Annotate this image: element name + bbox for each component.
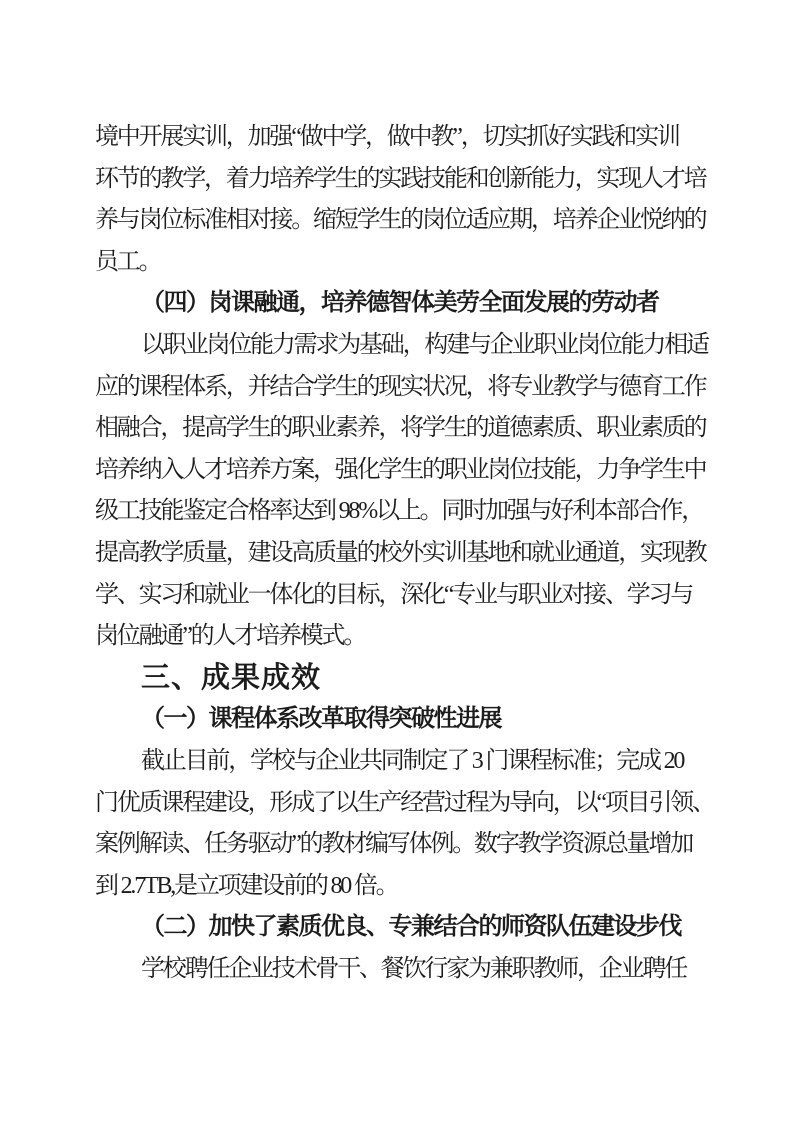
heading-chapter-3-results: 三、成果成效 xyxy=(95,658,701,700)
document-content: 境中开展实训，加强“做中学，做中教”，切实抓好实践和实训环节的教学，着力培养学生… xyxy=(95,117,701,990)
text-line: 以职业岗位能力需求为基础，构建与企业职业岗位能力相适 xyxy=(95,325,701,367)
text-line: 提高教学质量，建设高质量的校外实训基地和就业通道，实现教 xyxy=(95,533,701,575)
text-line: 养与岗位标准相对接。缩短学生的岗位适应期，培养企业悦纳的 xyxy=(95,200,701,242)
text-line: （四）岗课融通，培养德智体美劳全面发展的劳动者 xyxy=(95,283,701,325)
text-line: 员工。 xyxy=(95,242,701,284)
text-line: 境中开展实训，加强“做中学，做中教”，切实抓好实践和实训 xyxy=(95,117,701,159)
text-line: 应的课程体系，并结合学生的现实状况，将专业教学与德育工作 xyxy=(95,367,701,409)
text-line: 级工技能鉴定合格率达到 98%以上。同时加强与好利本部合作， xyxy=(95,491,701,533)
text-line: （一）课程体系改革取得突破性进展 xyxy=(95,699,701,741)
text-line: 三、成果成效 xyxy=(95,658,701,700)
paragraph-course-reform-results: 截止目前，学校与企业共同制定了 3 门课程标准；完成 20门优质课程建设，形成了… xyxy=(95,741,701,907)
text-line: 岗位融通”的人才培养模式。 xyxy=(95,616,701,658)
text-line: 培养纳入人才培养方案，强化学生的职业岗位技能，力争学生中 xyxy=(95,450,701,492)
paragraph-practice-training-continued: 境中开展实训，加强“做中学，做中教”，切实抓好实践和实训环节的教学，着力培养学生… xyxy=(95,117,701,283)
heading-section-4: （四）岗课融通，培养德智体美劳全面发展的劳动者 xyxy=(95,283,701,325)
text-line: 学校聘任企业技术骨干、餐饮行家为兼职教师，企业聘任 xyxy=(95,949,701,991)
text-line: 相融合，提高学生的职业素养，将学生的道德素质、职业素质的 xyxy=(95,408,701,450)
heading-section-1: （一）课程体系改革取得突破性进展 xyxy=(95,699,701,741)
text-line: 环节的教学，着力培养学生的实践技能和创新能力，实现人才培 xyxy=(95,159,701,201)
paragraph-teacher-team-building: 学校聘任企业技术骨干、餐饮行家为兼职教师，企业聘任 xyxy=(95,949,701,991)
text-line: 截止目前，学校与企业共同制定了 3 门课程标准；完成 20 xyxy=(95,741,701,783)
text-line: 学、实习和就业一体化的目标，深化“专业与职业对接、学习与 xyxy=(95,575,701,617)
heading-section-2: （二）加快了素质优良、专兼结合的师资队伍建设步伐 xyxy=(95,907,701,949)
text-line: 门优质课程建设，形成了以生产经营过程为导向，以“项目引领、 xyxy=(95,783,701,825)
document-page: 境中开展实训，加强“做中学，做中教”，切实抓好实践和实训环节的教学，着力培养学生… xyxy=(0,0,793,1122)
text-line: 到 2.7TB,是立项建设前的 80 倍。 xyxy=(95,866,701,908)
text-line: （二）加快了素质优良、专兼结合的师资队伍建设步伐 xyxy=(95,907,701,949)
paragraph-post-course-integration: 以职业岗位能力需求为基础，构建与企业职业岗位能力相适应的课程体系，并结合学生的现… xyxy=(95,325,701,658)
text-line: 案例解读、任务驱动”的教材编写体例。数字教学资源总量增加 xyxy=(95,824,701,866)
